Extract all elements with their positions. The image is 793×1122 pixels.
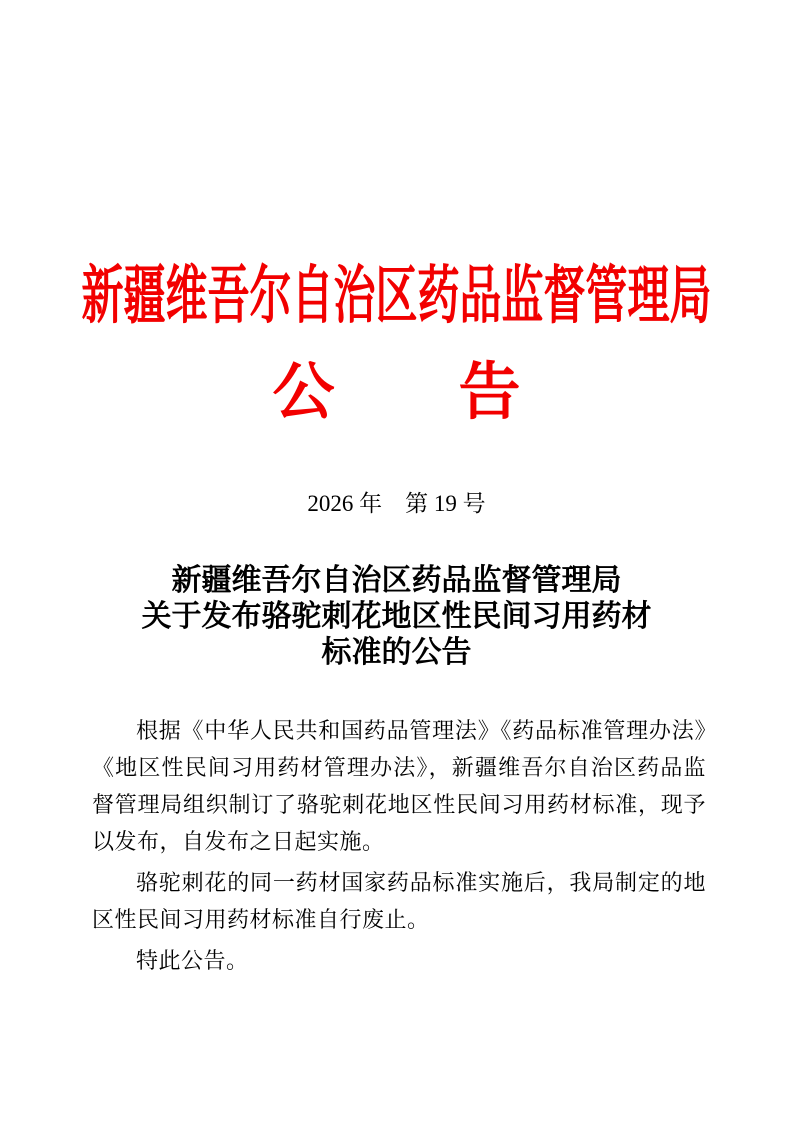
notice-title: 新疆维吾尔自治区药品监督管理局 关于发布骆驼刺花地区性民间习用药材 标准的公告 <box>0 563 793 671</box>
body-paragraph-3: 特此公告。 <box>92 942 706 979</box>
notice-title-line-2: 关于发布骆驼刺花地区性民间习用药材 <box>0 599 793 635</box>
notice-title-line-1: 新疆维吾尔自治区药品监督管理局 <box>0 563 793 599</box>
document-number: 2026 年 第 19 号 <box>0 490 793 518</box>
notice-body: 根据《中华人民共和国药品管理法》《药品标准管理办法》《地区性民间习用药材管理办法… <box>92 712 706 983</box>
announcement-type-title: 公 告 <box>0 362 793 424</box>
announcement-document-page: 新疆维吾尔自治区药品监督管理局 公 告 2026 年 第 19 号 新疆维吾尔自… <box>0 0 793 1122</box>
body-paragraph-1: 根据《中华人民共和国药品管理法》《药品标准管理办法》《地区性民间习用药材管理办法… <box>92 712 706 860</box>
body-paragraph-2: 骆驼刺花的同一药材国家药品标准实施后，我局制定的地区性民间习用药材标准自行废止。 <box>92 864 706 938</box>
agency-name-title: 新疆维吾尔自治区药品监督管理局 <box>0 266 793 329</box>
notice-title-line-3: 标准的公告 <box>0 635 793 671</box>
